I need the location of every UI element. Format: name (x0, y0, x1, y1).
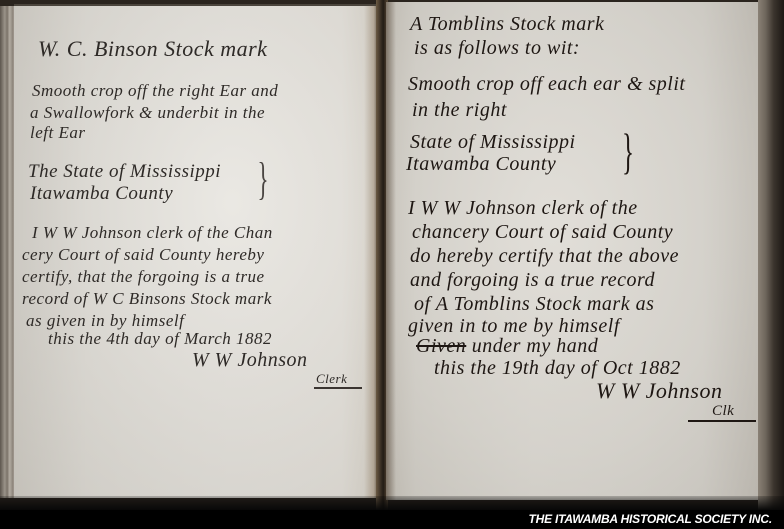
right-cert-line-5: of A Tomblins Stock mark as (414, 294, 654, 314)
right-venue-state: State of Mississippi (410, 132, 576, 152)
right-venue-county: Itawamba County (406, 154, 556, 174)
watermark-text: THE ITAWAMBA HISTORICAL SOCIETY INC. (529, 512, 772, 526)
left-cert-line-5: as given in by himself (26, 312, 184, 329)
watermark-bar: THE ITAWAMBA HISTORICAL SOCIETY INC. (0, 510, 784, 529)
right-cert-line-6: given in to me by himself (408, 316, 620, 336)
right-signature-title: Clk (712, 404, 734, 419)
right-page-edges (758, 0, 784, 510)
left-cert-line-4: record of W C Binsons Stock mark (22, 290, 272, 307)
right-date-line: this the 19th day of Oct 1882 (434, 358, 681, 378)
right-description-line-1: Smooth crop off each ear & split (408, 74, 685, 94)
left-cert-line-3: certify, that the forgoing is a true (22, 268, 265, 285)
right-title-line-1: A Tomblins Stock mark (410, 14, 604, 34)
left-signature-underline (314, 387, 362, 389)
left-signature: W W Johnson (192, 350, 307, 370)
bottom-shadow (0, 496, 784, 510)
venue-brace-icon: } (258, 156, 269, 202)
document-photo: W. C. Binson Stock mark Smooth crop off … (0, 0, 784, 529)
left-description-line-1: Smooth crop off the right Ear and (32, 82, 278, 99)
left-signature-title: Clerk (316, 372, 347, 385)
left-description-line-3: left Ear (30, 124, 85, 141)
open-ledger-book: W. C. Binson Stock mark Smooth crop off … (0, 0, 784, 510)
right-description-line-2: in the right (412, 100, 507, 120)
right-title-line-2: is as follows to wit: (414, 38, 580, 58)
left-venue-county: Itawamba County (30, 184, 173, 203)
struck-word: Given (416, 335, 466, 357)
left-entry-title: W. C. Binson Stock mark (38, 38, 267, 60)
right-venue-brace-icon: } (622, 126, 634, 176)
right-page: A Tomblins Stock mark is as follows to w… (386, 2, 758, 500)
right-cert-line-2: chancery Court of said County (412, 222, 673, 242)
right-hand-line: Given under my hand (416, 336, 598, 356)
left-venue-state: The State of Mississippi (28, 162, 221, 181)
under-my-hand-text: under my hand (472, 335, 598, 357)
left-date-line: this the 4th day of March 1882 (48, 330, 272, 347)
right-signature: W W Johnson (596, 380, 722, 402)
left-cert-line-2: cery Court of said County hereby (22, 246, 264, 263)
right-signature-underline (688, 420, 756, 422)
right-cert-line-4: and forgoing is a true record (410, 270, 655, 290)
left-description-line-2: a Swallowfork & underbit in the (30, 104, 265, 121)
right-cert-line-1: I W W Johnson clerk of the (408, 198, 638, 218)
right-cert-line-3: do hereby certify that the above (410, 246, 679, 266)
left-page: W. C. Binson Stock mark Smooth crop off … (14, 4, 378, 498)
left-cert-line-1: I W W Johnson clerk of the Chan (32, 224, 273, 241)
